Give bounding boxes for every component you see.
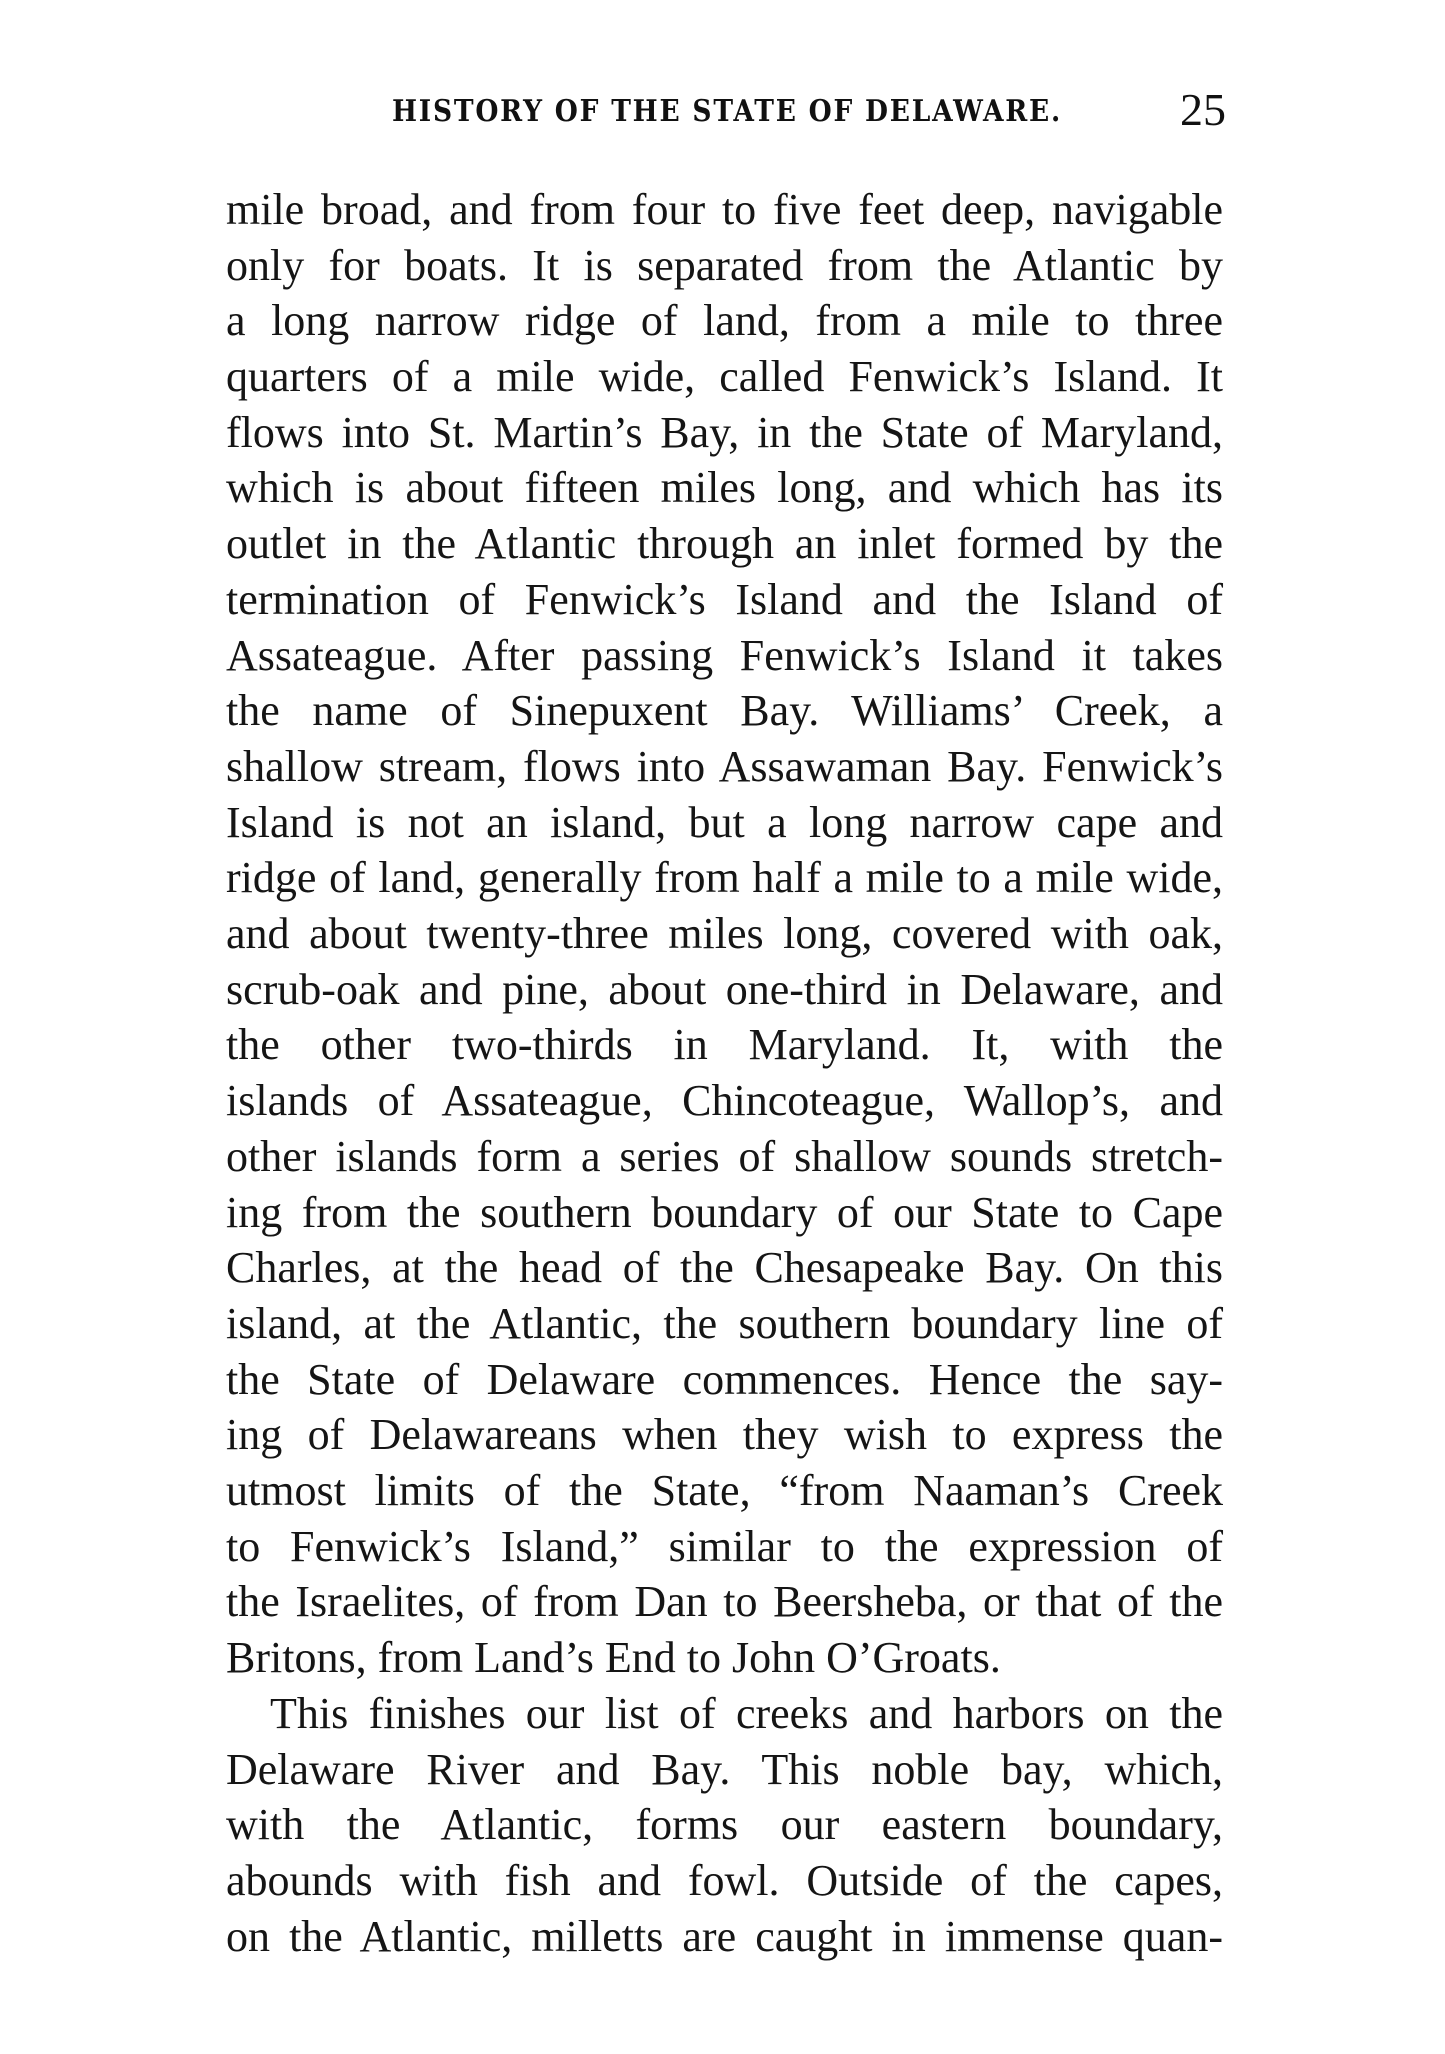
text-line: the other two-thirds in Maryland. It, wi… — [226, 1017, 1223, 1073]
text-line: island, at the Atlantic, the southern bo… — [226, 1296, 1223, 1352]
text-line: abounds with fish and fowl. Outside of t… — [226, 1853, 1223, 1909]
text-line: flows into St. Martin’s Bay, in the Stat… — [226, 405, 1223, 461]
text-line: mile broad, and from four to five feet d… — [226, 182, 1223, 238]
paragraph-end-line: Britons, from Land’s End to John O’Groat… — [226, 1630, 1223, 1686]
text-line: ing of Delawareans when they wish to exp… — [226, 1407, 1223, 1463]
text-line: islands of Assateague, Chincoteague, Wal… — [226, 1073, 1223, 1129]
text-line: on the Atlantic, milletts are caught in … — [226, 1909, 1223, 1965]
text-line: shallow stream, flows into Assawaman Bay… — [226, 739, 1223, 795]
paragraph-start-line: This finishes our list of creeks and har… — [270, 1686, 1223, 1742]
text-line: utmost limits of the State, “from Naaman… — [226, 1463, 1223, 1519]
text-line: outlet in the Atlantic through an inlet … — [226, 516, 1223, 572]
text-line: Island is not an island, but a long narr… — [226, 795, 1223, 851]
text-line: which is about fifteen miles long, and w… — [226, 460, 1223, 516]
text-line: and about twenty-three miles long, cover… — [226, 906, 1223, 962]
running-title: HISTORY OF THE STATE OF DELAWARE. — [392, 92, 1062, 132]
text-line: to Fenwick’s Island,” similar to the exp… — [226, 1519, 1223, 1575]
text-line: ridge of land, generally from half a mil… — [226, 850, 1223, 906]
text-line: Assateague. After passing Fenwick’s Isla… — [226, 628, 1223, 684]
text-line: the State of Delaware commences. Hence t… — [226, 1352, 1223, 1408]
text-line: Charles, at the head of the Chesapeake B… — [226, 1240, 1223, 1296]
text-line: quarters of a mile wide, called Fenwick’… — [226, 349, 1223, 405]
book-page: HISTORY OF THE STATE OF DELAWARE. 25 mil… — [0, 0, 1445, 2054]
text-line: ing from the southern boundary of our St… — [226, 1185, 1223, 1241]
text-line: only for boats. It is separated from the… — [226, 238, 1223, 294]
text-line: with the Atlantic, forms our eastern bou… — [226, 1797, 1223, 1853]
text-line: Delaware River and Bay. This noble bay, … — [226, 1742, 1223, 1798]
text-line: other islands form a series of shallow s… — [226, 1129, 1223, 1185]
text-line: a long narrow ridge of land, from a mile… — [226, 293, 1223, 349]
text-line: the Israelites, of from Dan to Beersheba… — [226, 1574, 1223, 1630]
text-line: termination of Fenwick’s Island and the … — [226, 572, 1223, 628]
text-line: the name of Sinepuxent Bay. Williams’ Cr… — [226, 683, 1223, 739]
page-number: 25 — [1178, 86, 1226, 134]
text-line: scrub-oak and pine, about one-third in D… — [226, 962, 1223, 1018]
